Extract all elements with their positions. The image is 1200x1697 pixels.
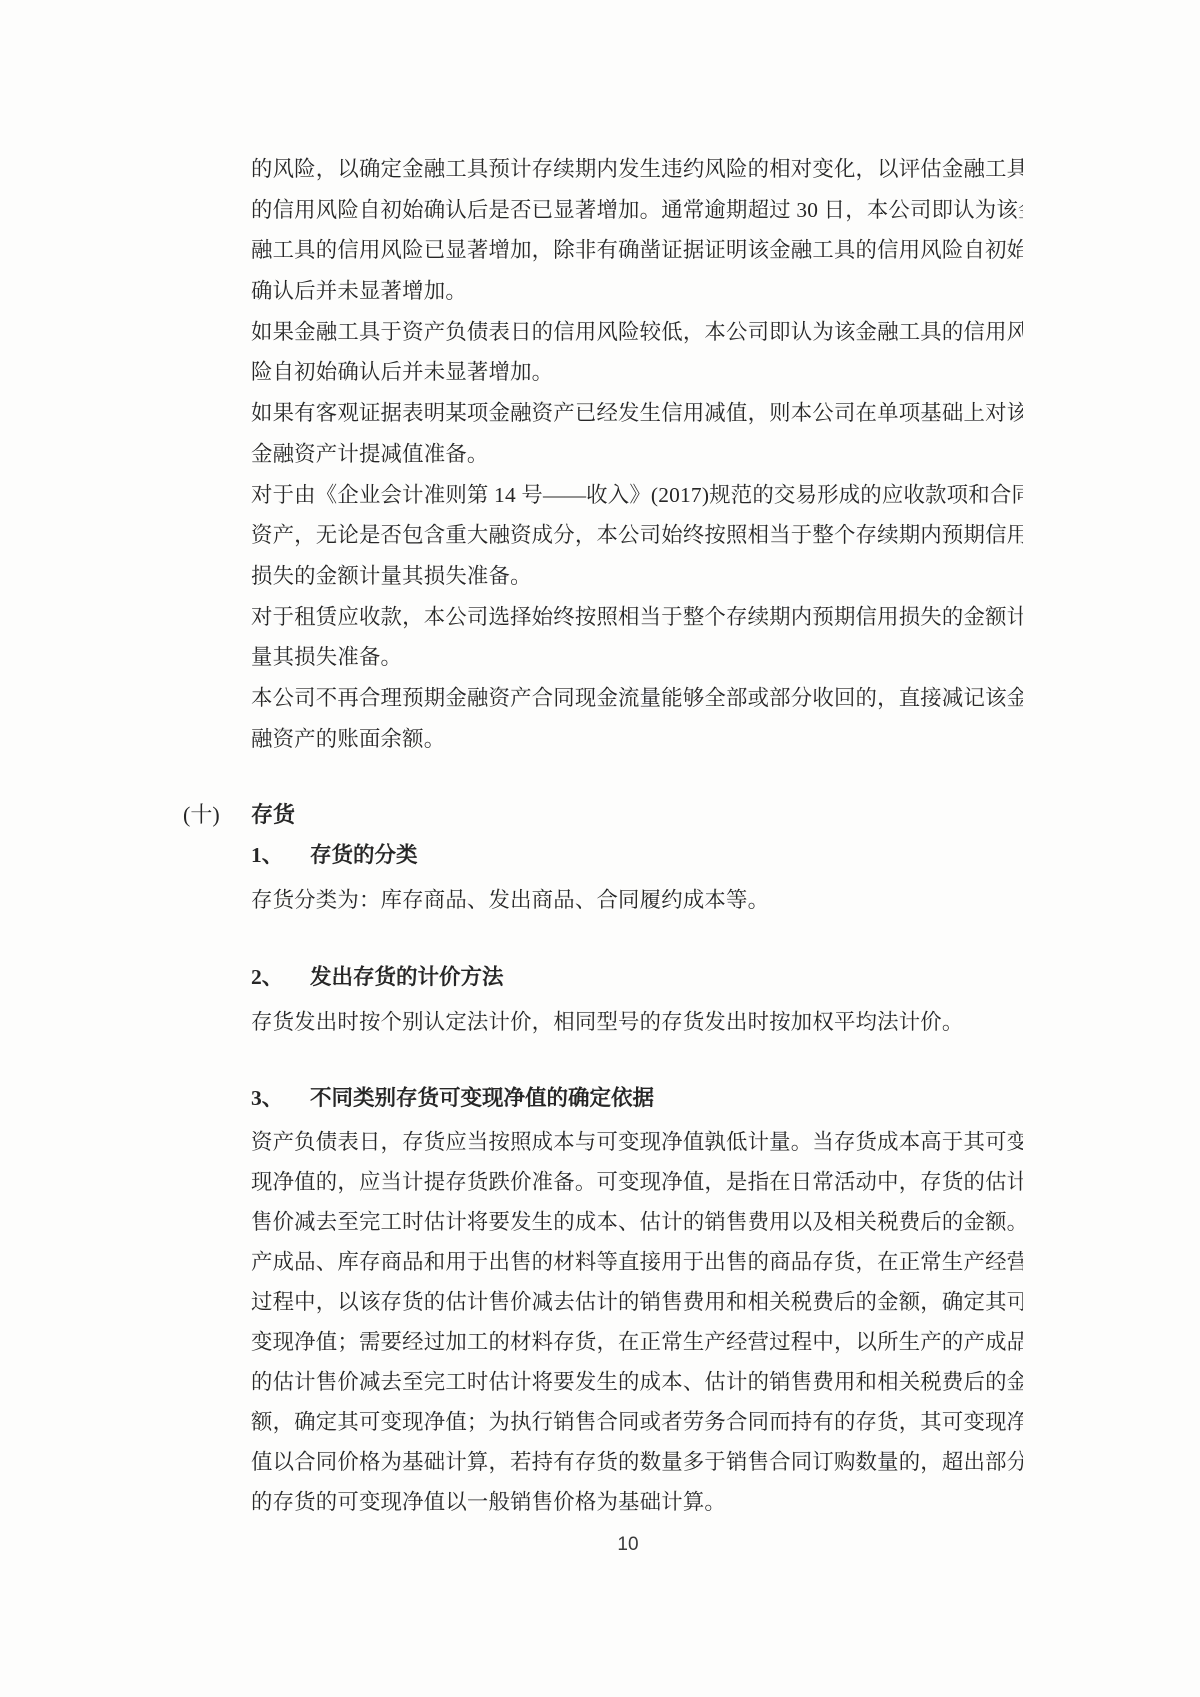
paragraph-objective-evidence: 如果有客观证据表明某项金融资产已经发生信用减值，则本公司在单项基础上对该 金融资… <box>251 393 1023 474</box>
body-paragraphs: 的风险，以确定金融工具预计存续期内发生违约风险的相对变化，以评估金融工具 的信用… <box>251 149 1023 759</box>
text-line: 损失的金额计量其损失准备。 <box>251 556 1023 597</box>
section-heading-inventory: (十)存货 <box>183 800 295 830</box>
subheading-number: 2、 <box>251 962 310 992</box>
text-line: 的估计售价减去至完工时估计将要发生的成本、估计的销售费用和相关税费后的金 <box>251 1362 1023 1402</box>
text-line: 存货分类为：库存商品、发出商品、合同履约成本等。 <box>251 880 1023 921</box>
section-title: 存货 <box>251 802 295 827</box>
section-number-label: (十) <box>183 800 251 830</box>
text-line: 变现净值；需要经过加工的材料存货，在正常生产经营过程中，以所生产的产成品 <box>251 1322 1023 1362</box>
subheading-title: 存货的分类 <box>310 843 418 867</box>
subheading-number: 1、 <box>251 840 310 870</box>
page-number: 10 <box>617 1534 638 1556</box>
subheading-title: 不同类别存货可变现净值的确定依据 <box>310 1086 654 1110</box>
text-line: 金融资产计提减值准备。 <box>251 434 1023 475</box>
text-line: 售价减去至完工时估计将要发生的成本、估计的销售费用以及相关税费后的金额。 <box>251 1202 1023 1242</box>
subsection-1-body: 存货分类为：库存商品、发出商品、合同履约成本等。 <box>251 880 1023 921</box>
paragraph-credit-risk-change: 的风险，以确定金融工具预计存续期内发生违约风险的相对变化，以评估金融工具 的信用… <box>251 149 1023 312</box>
text-line: 对于由《企业会计准则第 14 号——收入》(2017)规范的交易形成的应收款项和… <box>251 475 1023 516</box>
text-line: 量其损失准备。 <box>251 637 1023 678</box>
text-line: 的风险，以确定金融工具预计存续期内发生违约风险的相对变化，以评估金融工具 <box>251 149 1023 190</box>
text-line: 现净值的，应当计提存货跌价准备。可变现净值，是指在日常活动中，存货的估计 <box>251 1162 1023 1202</box>
text-line: 险自初始确认后并未显著增加。 <box>251 352 1023 393</box>
text-line: 的存货的可变现净值以一般销售价格为基础计算。 <box>251 1482 1023 1522</box>
text-line: 产成品、库存商品和用于出售的材料等直接用于出售的商品存货，在正常生产经营 <box>251 1242 1023 1282</box>
text-line: 过程中，以该存货的估计售价减去估计的销售费用和相关税费后的金额，确定其可 <box>251 1282 1023 1322</box>
text-line: 额，确定其可变现净值；为执行销售合同或者劳务合同而持有的存货，其可变现净 <box>251 1402 1023 1442</box>
text-line: 的信用风险自初始确认后是否已显著增加。通常逾期超过 30 日，本公司即认为该金 <box>251 190 1023 231</box>
text-line: 融资产的账面余额。 <box>251 719 1023 760</box>
text-line: 如果金融工具于资产负债表日的信用风险较低，本公司即认为该金融工具的信用风 <box>251 312 1023 353</box>
paragraph-write-off: 本公司不再合理预期金融资产合同现金流量能够全部或部分收回的，直接减记该金 融资产… <box>251 678 1023 759</box>
text-line: 如果有客观证据表明某项金融资产已经发生信用减值，则本公司在单项基础上对该 <box>251 393 1023 434</box>
subheading-number: 3、 <box>251 1083 310 1113</box>
text-line: 值以合同价格为基础计算，若持有存货的数量多于销售合同订购数量的，超出部分 <box>251 1442 1023 1482</box>
paragraph-lease-receivables: 对于租赁应收款，本公司选择始终按照相当于整个存续期内预期信用损失的金额计 量其损… <box>251 597 1023 678</box>
subheading-title: 发出存货的计价方法 <box>310 965 504 989</box>
subheading-inventory-classification: 1、存货的分类 <box>251 840 418 870</box>
subsection-3-body: 资产负债表日，存货应当按照成本与可变现净值孰低计量。当存货成本高于其可变 现净值… <box>251 1122 1023 1522</box>
text-line: 资产，无论是否包含重大融资成分，本公司始终按照相当于整个存续期内预期信用 <box>251 515 1023 556</box>
document-page: 的风险，以确定金融工具预计存续期内发生违约风险的相对变化，以评估金融工具 的信用… <box>0 0 1200 1697</box>
text-line: 融工具的信用风险已显著增加，除非有确凿证据证明该金融工具的信用风险自初始 <box>251 230 1023 271</box>
subheading-net-realizable-value: 3、不同类别存货可变现净值的确定依据 <box>251 1083 654 1113</box>
text-line: 确认后并未显著增加。 <box>251 271 1023 312</box>
text-line: 资产负债表日，存货应当按照成本与可变现净值孰低计量。当存货成本高于其可变 <box>251 1122 1023 1162</box>
subsection-2-body: 存货发出时按个别认定法计价，相同型号的存货发出时按加权平均法计价。 <box>251 1002 1023 1043</box>
text-line: 本公司不再合理预期金融资产合同现金流量能够全部或部分收回的，直接减记该金 <box>251 678 1023 719</box>
subheading-issued-inventory-valuation: 2、发出存货的计价方法 <box>251 962 504 992</box>
text-line: 对于租赁应收款，本公司选择始终按照相当于整个存续期内预期信用损失的金额计 <box>251 597 1023 638</box>
paragraph-revenue-standard-receivables: 对于由《企业会计准则第 14 号——收入》(2017)规范的交易形成的应收款项和… <box>251 475 1023 597</box>
text-line: 存货发出时按个别认定法计价，相同型号的存货发出时按加权平均法计价。 <box>251 1002 1023 1043</box>
paragraph-low-credit-risk: 如果金融工具于资产负债表日的信用风险较低，本公司即认为该金融工具的信用风 险自初… <box>251 312 1023 393</box>
